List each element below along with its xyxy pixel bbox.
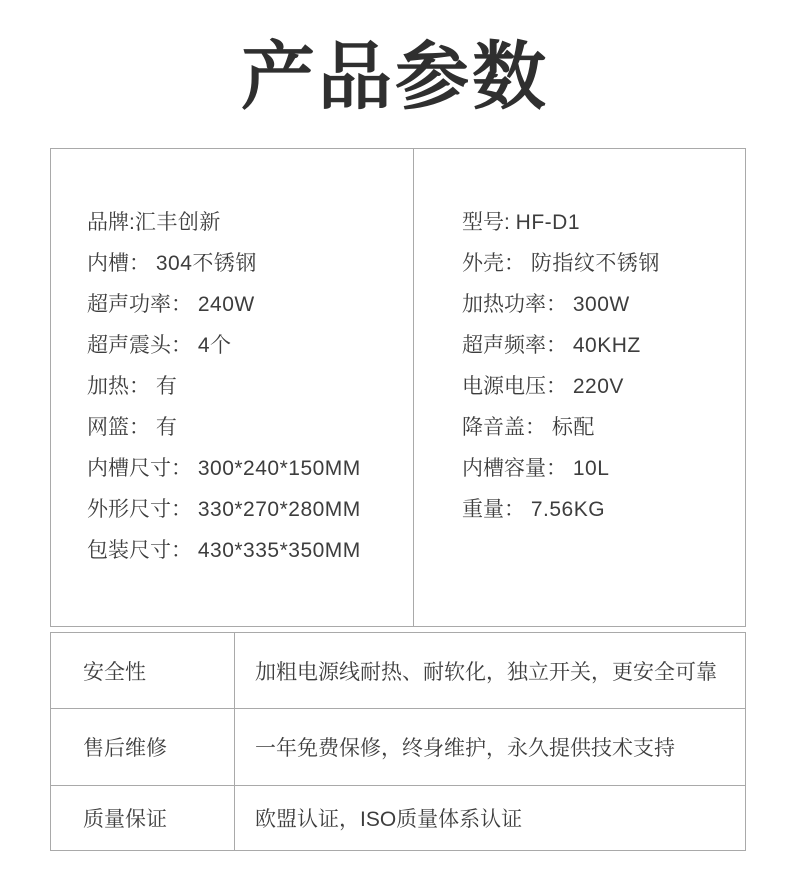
spec-label: 超声震头： (87, 334, 198, 357)
spec-label: 重量： (462, 498, 531, 521)
spec-label: 包装尺寸： (87, 539, 198, 562)
info-label: 售后维修 (51, 709, 234, 785)
spec-table: 品牌:汇丰创新 内槽： 304不锈钢 超声功率： 240W 超声震头： 4个 加… (50, 148, 746, 627)
spec-value: 40KHZ (573, 334, 641, 357)
product-spec-page: 产品参数 品牌:汇丰创新 内槽： 304不锈钢 超声功率： 240W 超声震头：… (0, 0, 790, 886)
info-content: 一年免费保修，终身维护，永久提供技术支持 (234, 709, 745, 785)
spec-value: 330*270*280MM (198, 498, 361, 521)
spec-label: 加热： (87, 375, 156, 398)
spec-column-right: 型号: HF-D1 外壳： 防指纹不锈钢 加热功率： 300W 超声频率： 40… (413, 149, 745, 626)
spec-label: 降音盖： (462, 416, 552, 439)
spec-value: 7.56KG (531, 498, 605, 521)
spec-row-ultrasonic-frequency: 超声频率： 40KHZ (462, 334, 745, 358)
spec-value: 300W (573, 293, 630, 316)
spec-label: 外壳： (462, 252, 531, 275)
spec-row-heating-power: 加热功率： 300W (462, 293, 745, 317)
spec-row-noise-lid: 降音盖： 标配 (462, 416, 745, 440)
info-row-after-sales: 售后维修 一年免费保修，终身维护，永久提供技术支持 (51, 708, 745, 785)
spec-row-tank-size: 内槽尺寸： 300*240*150MM (87, 457, 413, 481)
spec-label: 内槽容量： (462, 457, 573, 480)
info-label: 安全性 (51, 633, 234, 708)
spec-row-brand: 品牌:汇丰创新 (87, 211, 413, 235)
info-row-quality: 质量保证 欧盟认证，ISO质量体系认证 (51, 785, 745, 850)
spec-value: 标配 (552, 416, 595, 439)
info-content: 加粗电源线耐热、耐软化，独立开关，更安全可靠 (234, 633, 745, 708)
spec-value: 有 (156, 416, 178, 439)
spec-label: 内槽： (87, 252, 156, 275)
spec-row-model: 型号: HF-D1 (462, 211, 745, 235)
spec-label: 网篮： (87, 416, 156, 439)
spec-value: 汇丰创新 (135, 211, 221, 234)
spec-row-package-size: 包装尺寸： 430*335*350MM (87, 539, 413, 563)
spec-label: 超声功率： (87, 293, 198, 316)
spec-row-ultrasonic-power: 超声功率： 240W (87, 293, 413, 317)
info-table: 安全性 加粗电源线耐热、耐软化，独立开关，更安全可靠 售后维修 一年免费保修，终… (50, 632, 746, 851)
info-row-safety: 安全性 加粗电源线耐热、耐软化，独立开关，更安全可靠 (51, 633, 745, 708)
spec-value: 4个 (198, 334, 232, 357)
spec-label: 电源电压： (462, 375, 573, 398)
spec-row-basket: 网篮： 有 (87, 416, 413, 440)
spec-row-housing: 外壳： 防指纹不锈钢 (462, 252, 745, 276)
spec-row-inner-tank: 内槽： 304不锈钢 (87, 252, 413, 276)
spec-label: 外形尺寸： (87, 498, 198, 521)
spec-row-weight: 重量： 7.56KG (462, 498, 745, 522)
spec-row-heating: 加热： 有 (87, 375, 413, 399)
info-label: 质量保证 (51, 786, 234, 850)
spec-row-transducers: 超声震头： 4个 (87, 334, 413, 358)
spec-row-unit-size: 外形尺寸： 330*270*280MM (87, 498, 413, 522)
spec-value: 300*240*150MM (198, 457, 361, 480)
spec-value: 有 (156, 375, 178, 398)
spec-value: 220V (573, 375, 624, 398)
spec-label: 加热功率： (462, 293, 573, 316)
spec-row-voltage: 电源电压： 220V (462, 375, 745, 399)
spec-label: 型号: (462, 211, 516, 234)
spec-label: 超声频率： (462, 334, 573, 357)
page-title: 产品参数 (0, 18, 790, 124)
spec-label: 内槽尺寸： (87, 457, 198, 480)
spec-column-left: 品牌:汇丰创新 内槽： 304不锈钢 超声功率： 240W 超声震头： 4个 加… (51, 149, 413, 626)
spec-value: 430*335*350MM (198, 539, 361, 562)
spec-value: 240W (198, 293, 255, 316)
spec-value: 304不锈钢 (156, 252, 257, 275)
spec-value: HF-D1 (516, 211, 580, 234)
spec-row-tank-capacity: 内槽容量： 10L (462, 457, 745, 481)
info-content: 欧盟认证，ISO质量体系认证 (234, 786, 745, 850)
spec-value: 防指纹不锈钢 (531, 252, 660, 275)
spec-value: 10L (573, 457, 610, 480)
spec-label: 品牌: (87, 211, 135, 234)
